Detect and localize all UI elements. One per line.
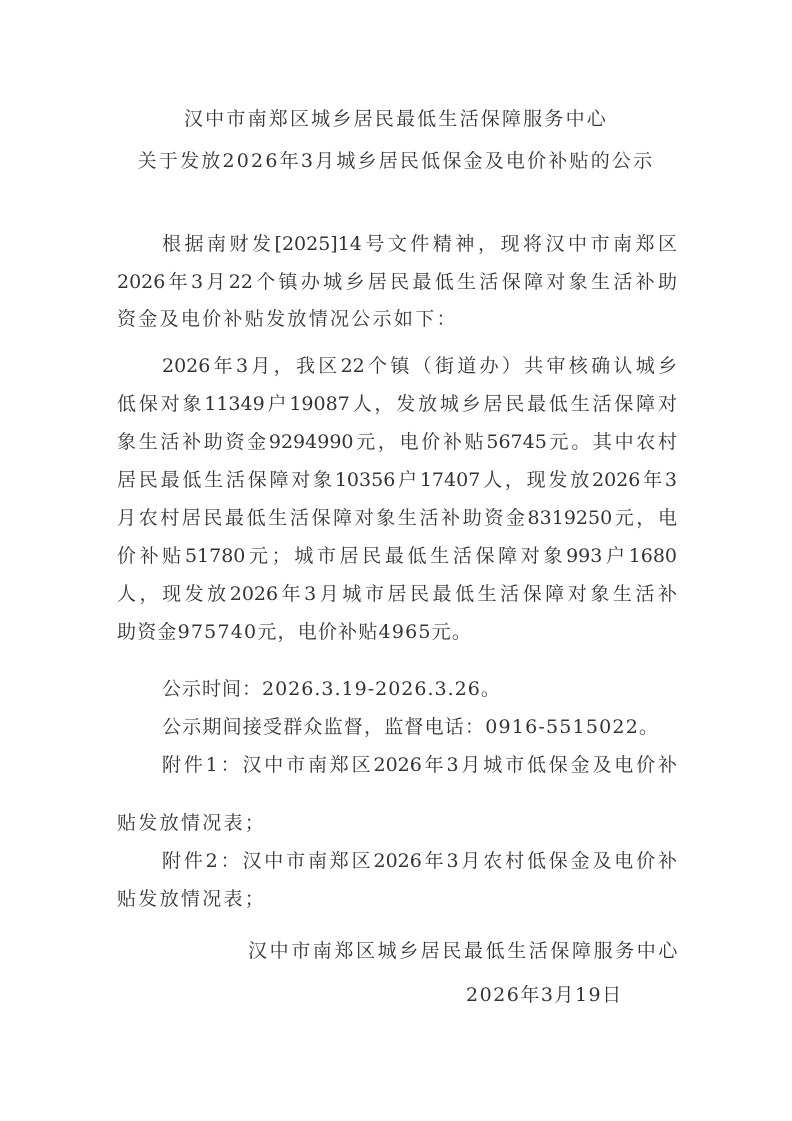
paragraph-2-line-1: 2026年3月，我区22个镇（街道办）共审核确认城乡 (162, 354, 677, 378)
paragraph-2-line-4: 居民最低生活保障对象10356户17407人，现发放2026年3 (117, 468, 677, 492)
supervision-phone: 公示期间接受群众监督，监督电话：0916-5515022。 (162, 715, 677, 739)
paragraph-2-line-6: 价补贴51780元；城市居民最低生活保障对象993户1680 (117, 544, 677, 568)
attachment-1-line-1: 附件1：汉中市南郑区2026年3月城市低保金及电价补 (162, 753, 677, 777)
paragraph-2-line-5: 月农村居民最低生活保障对象生活补助资金8319250元，电 (117, 506, 677, 530)
document-page: 汉中市南郑区城乡居民最低生活保障服务中心 关于发放2026年3月城乡居民低保金及… (0, 0, 792, 1121)
paragraph-2-line-7: 人，现发放2026年3月城市居民最低生活保障对象生活补 (117, 582, 677, 606)
publicity-period: 公示时间：2026.3.19-2026.3.26。 (162, 677, 677, 701)
signature-date: 2026年3月19日 (466, 980, 623, 1007)
paragraph-2-line-3: 象生活补助资金9294990元，电价补贴56745元。其中农村 (117, 430, 677, 454)
paragraph-1-line-2: 2026年3月22个镇办城乡居民最低生活保障对象生活补助 (117, 270, 677, 294)
paragraph-1-line-3: 资金及电价补贴发放情况公示如下： (117, 307, 677, 331)
title-line-1: 汉中市南郑区城乡居民最低生活保障服务中心 (0, 104, 792, 131)
paragraph-1-line-1: 根据南财发[2025]14号文件精神，现将汉中市南郑区 (162, 232, 677, 256)
attachment-2-line-1: 附件2：汉中市南郑区2026年3月农村低保金及电价补 (162, 849, 677, 873)
signature-organization: 汉中市南郑区城乡居民最低生活保障服务中心 (248, 936, 680, 963)
paragraph-2-line-8: 助资金975740元，电价补贴4965元。 (117, 620, 677, 644)
attachment-1-line-2: 贴发放情况表； (117, 811, 677, 835)
title-line-2: 关于发放2026年3月城乡居民低保金及电价补贴的公示 (0, 146, 792, 173)
attachment-2-line-2: 贴发放情况表； (117, 887, 677, 911)
paragraph-2-line-2: 低保对象11349户19087人，发放城乡居民最低生活保障对 (117, 392, 677, 416)
